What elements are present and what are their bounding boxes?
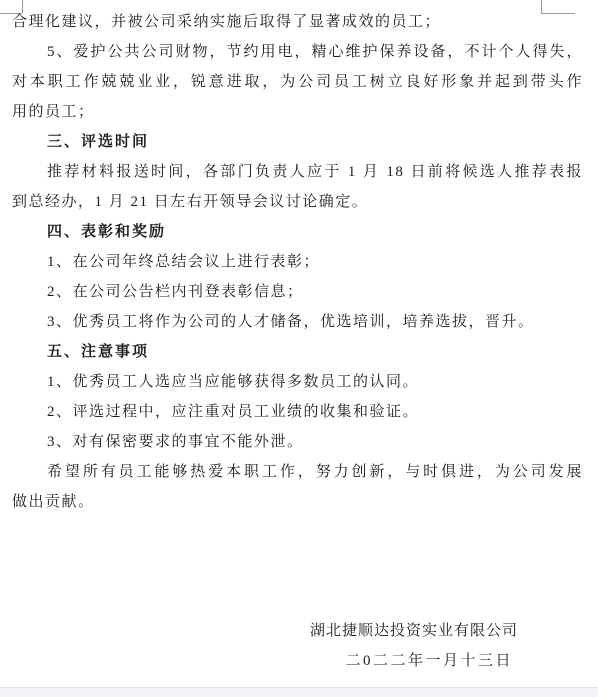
signature-block: 湖北捷顺达投资实业有限公司 二0二二年一月十三日 — [0, 616, 598, 676]
signature-date: 二0二二年一月十三日 — [0, 646, 598, 676]
document-page: 合理化建议，并被公司采纳实施后取得了显著成效的员工；5、爱护公共公司财物，节约用… — [0, 0, 598, 697]
text-line: 对本职工作兢兢业业，锐意进取，为公司员工树立良好形象并起到带头作 — [12, 67, 583, 97]
text-line: 到总经办，1 月 21 日左右开领导会议讨论确定。 — [12, 187, 583, 217]
signature-company: 湖北捷顺达投资实业有限公司 — [0, 616, 598, 646]
text-line: 5、爱护公共公司财物，节约用电，精心维护保养设备，不计个人得失， — [12, 37, 583, 67]
text-line: 推荐材料报送时间，各部门负责人应于 1 月 18 日前将候选人推荐表报 — [12, 157, 583, 187]
section-heading: 三、评选时间 — [12, 127, 583, 157]
text-line: 3、优秀员工将作为公司的人才储备，优选培训，培养选拔，晋升。 — [12, 307, 583, 337]
text-line: 希望所有员工能够热爱本职工作，努力创新，与时俱进，为公司发展 — [12, 457, 583, 487]
text-line: 用的员工； — [12, 97, 583, 127]
document-body: 合理化建议，并被公司采纳实施后取得了显著成效的员工；5、爱护公共公司财物，节约用… — [12, 7, 583, 517]
text-line: 1、在公司年终总结会议上进行表彰； — [12, 247, 583, 277]
text-line: 合理化建议，并被公司采纳实施后取得了显著成效的员工； — [12, 7, 583, 37]
text-line: 2、评选过程中，应注重对员工业绩的收集和验证。 — [12, 397, 583, 427]
text-line: 3、对有保密要求的事宜不能外泄。 — [12, 427, 583, 457]
text-line: 做出贡献。 — [12, 487, 583, 517]
text-line: 2、在公司公告栏内刊登表彰信息； — [12, 277, 583, 307]
text-line: 1、优秀员工人选应当应能够获得多数员工的认同。 — [12, 367, 583, 397]
section-heading: 五、注意事项 — [12, 337, 583, 367]
section-heading: 四、表彰和奖励 — [12, 217, 583, 247]
footer-strip — [0, 687, 598, 697]
